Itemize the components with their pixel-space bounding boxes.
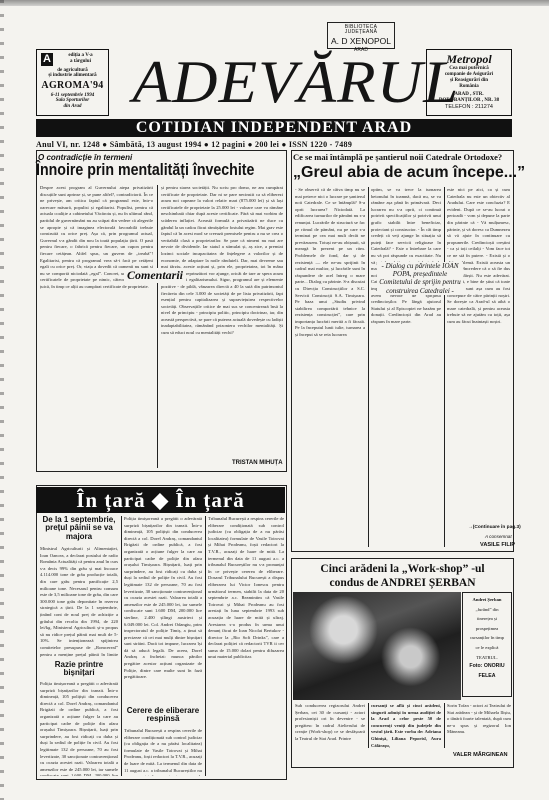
- ad-phone: TELEFON : 211274: [427, 104, 511, 111]
- workshop-col-2: cursanți se află și cinci arădeni, singu…: [371, 703, 441, 748]
- workshop-headline-line-2: condus de ANDREI ȘERBAN: [293, 577, 512, 591]
- intara-banner: În țară ◆ În țară: [36, 487, 285, 513]
- cathedral-byline: VASILE FILIP: [480, 542, 515, 548]
- section-label-comentarii: Comentarii: [124, 268, 186, 283]
- newspaper-title: ADEVĂRUL: [133, 50, 448, 114]
- issue-info: Anul VI, nr. 1248 ● Sâmbătă, 13 august 1…: [36, 140, 512, 149]
- ad-venue: din Arad: [37, 104, 108, 110]
- workshop-photo: [293, 592, 461, 700]
- workshop-headline: Cinci arădeni la „Work-shop” -ul condus …: [293, 563, 512, 590]
- photo-caption-box: Andrei Șerban „furând” din tinerețea și …: [462, 592, 512, 697]
- ad-line: și industrie alimentară: [37, 73, 108, 79]
- cathedral-col-3: este nici pe aici, ca și cum Catedrala n…: [447, 187, 510, 522]
- library-stamp: BIBLIOTECA JUDEȚEANĂ A. D XENOPOL ARAD: [327, 22, 395, 49]
- metropol-ad: Metropol Cea mai puternică companie de A…: [426, 49, 512, 116]
- stamp-line-2: A. D XENOPOL: [328, 37, 394, 46]
- caption-line: Andrei Șerban: [463, 595, 511, 605]
- ad-event-name: AGROMA'94: [37, 80, 108, 92]
- column-divider: [205, 516, 206, 776]
- main-article-col-2: și pentru starea societății. Nu scriu pr…: [161, 185, 283, 455]
- main-article-col-1: Despre acest program al Guvernului atepa…: [40, 185, 153, 468]
- story-headline: Cerere de eliberare respinsă: [124, 707, 202, 724]
- ad-line: România: [427, 84, 511, 90]
- main-article-headline: Înnoire prin mentalități învechite: [36, 160, 251, 180]
- cathedral-col-2: optim, se va trece la turnarea betonului…: [371, 187, 441, 547]
- caption-line: tinerețea și: [463, 614, 511, 624]
- photo-credit-name: ONORIU FELEA: [478, 663, 504, 679]
- photo-credit-label: Foto:: [469, 663, 482, 669]
- cathedral-col-1: - Se observă că de câtva timp nu se mai …: [295, 187, 365, 547]
- column-divider: [157, 185, 158, 468]
- caption-line: „furând” din: [463, 605, 511, 615]
- caption-line: cursanților în timp: [463, 633, 511, 643]
- story-body-continued: Poliția timișoreană a pregătit o adevăra…: [124, 516, 202, 702]
- column-divider: [444, 187, 445, 547]
- column-divider: [121, 516, 122, 776]
- workshop-col-3: Sorin Tofan - actori ai Teatrului de Sta…: [447, 703, 511, 748]
- main-article-byline: TRISTAN MIHUȚA: [232, 460, 283, 466]
- caption-line: TEATRUL.: [463, 653, 511, 663]
- caption-line: ce le explică: [463, 643, 511, 653]
- stamp-line-1: BIBLIOTECA JUDEȚEANĂ: [328, 25, 394, 35]
- cathedral-headline: „Greul abia de acum începe...”: [293, 163, 512, 183]
- story-body-continued: Tribunalul București a respins cererile …: [208, 516, 284, 741]
- story-headline: De la 1 septembrie, prețul pâinii se va …: [40, 516, 118, 541]
- workshop-headline-line-1: Cinci arădeni la „Work-shop” -ul: [293, 563, 512, 577]
- tagline-banner: COTIDIAN INDEPENDENT ARAD: [36, 119, 512, 137]
- caption-line: prospețimea: [463, 624, 511, 634]
- workshop-byline: VALER MĂRGINEAN: [453, 752, 508, 758]
- column-divider: [444, 703, 445, 748]
- ad-badge: A: [41, 53, 53, 66]
- scan-edge-top: [0, 0, 549, 6]
- reporter-label: A consemnat: [485, 534, 512, 539]
- column-divider: [368, 703, 369, 748]
- agroma-ad: A ediția a V-a a târgului de agricultură…: [36, 49, 109, 116]
- workshop-col-1: Sub conducerea regizorului Andrei Șerban…: [295, 703, 365, 748]
- story-body: Tribunalul București a respins cererile …: [124, 728, 202, 776]
- scan-edge-left: [0, 0, 4, 800]
- continued-link[interactable]: →(Continuare în pag.3): [468, 525, 521, 530]
- photo-credit: Foto: ONORIU FELEA: [463, 662, 511, 681]
- story-headline: Razie printre bișnițari: [40, 661, 118, 678]
- column-divider: [368, 187, 369, 547]
- story-body: Poliția timișoreană a pregătit o adevăra…: [40, 681, 118, 776]
- cathedral-kicker: Ce se mai întâmplă pe șantierul noii Cat…: [293, 152, 512, 162]
- story-body: Ministrul Agriculturii și Alimentației, …: [40, 546, 118, 658]
- ad-brand: Metropol: [427, 52, 511, 66]
- cathedral-pullquote: - Dialog cu părintele IOAN POPA, președi…: [377, 262, 463, 295]
